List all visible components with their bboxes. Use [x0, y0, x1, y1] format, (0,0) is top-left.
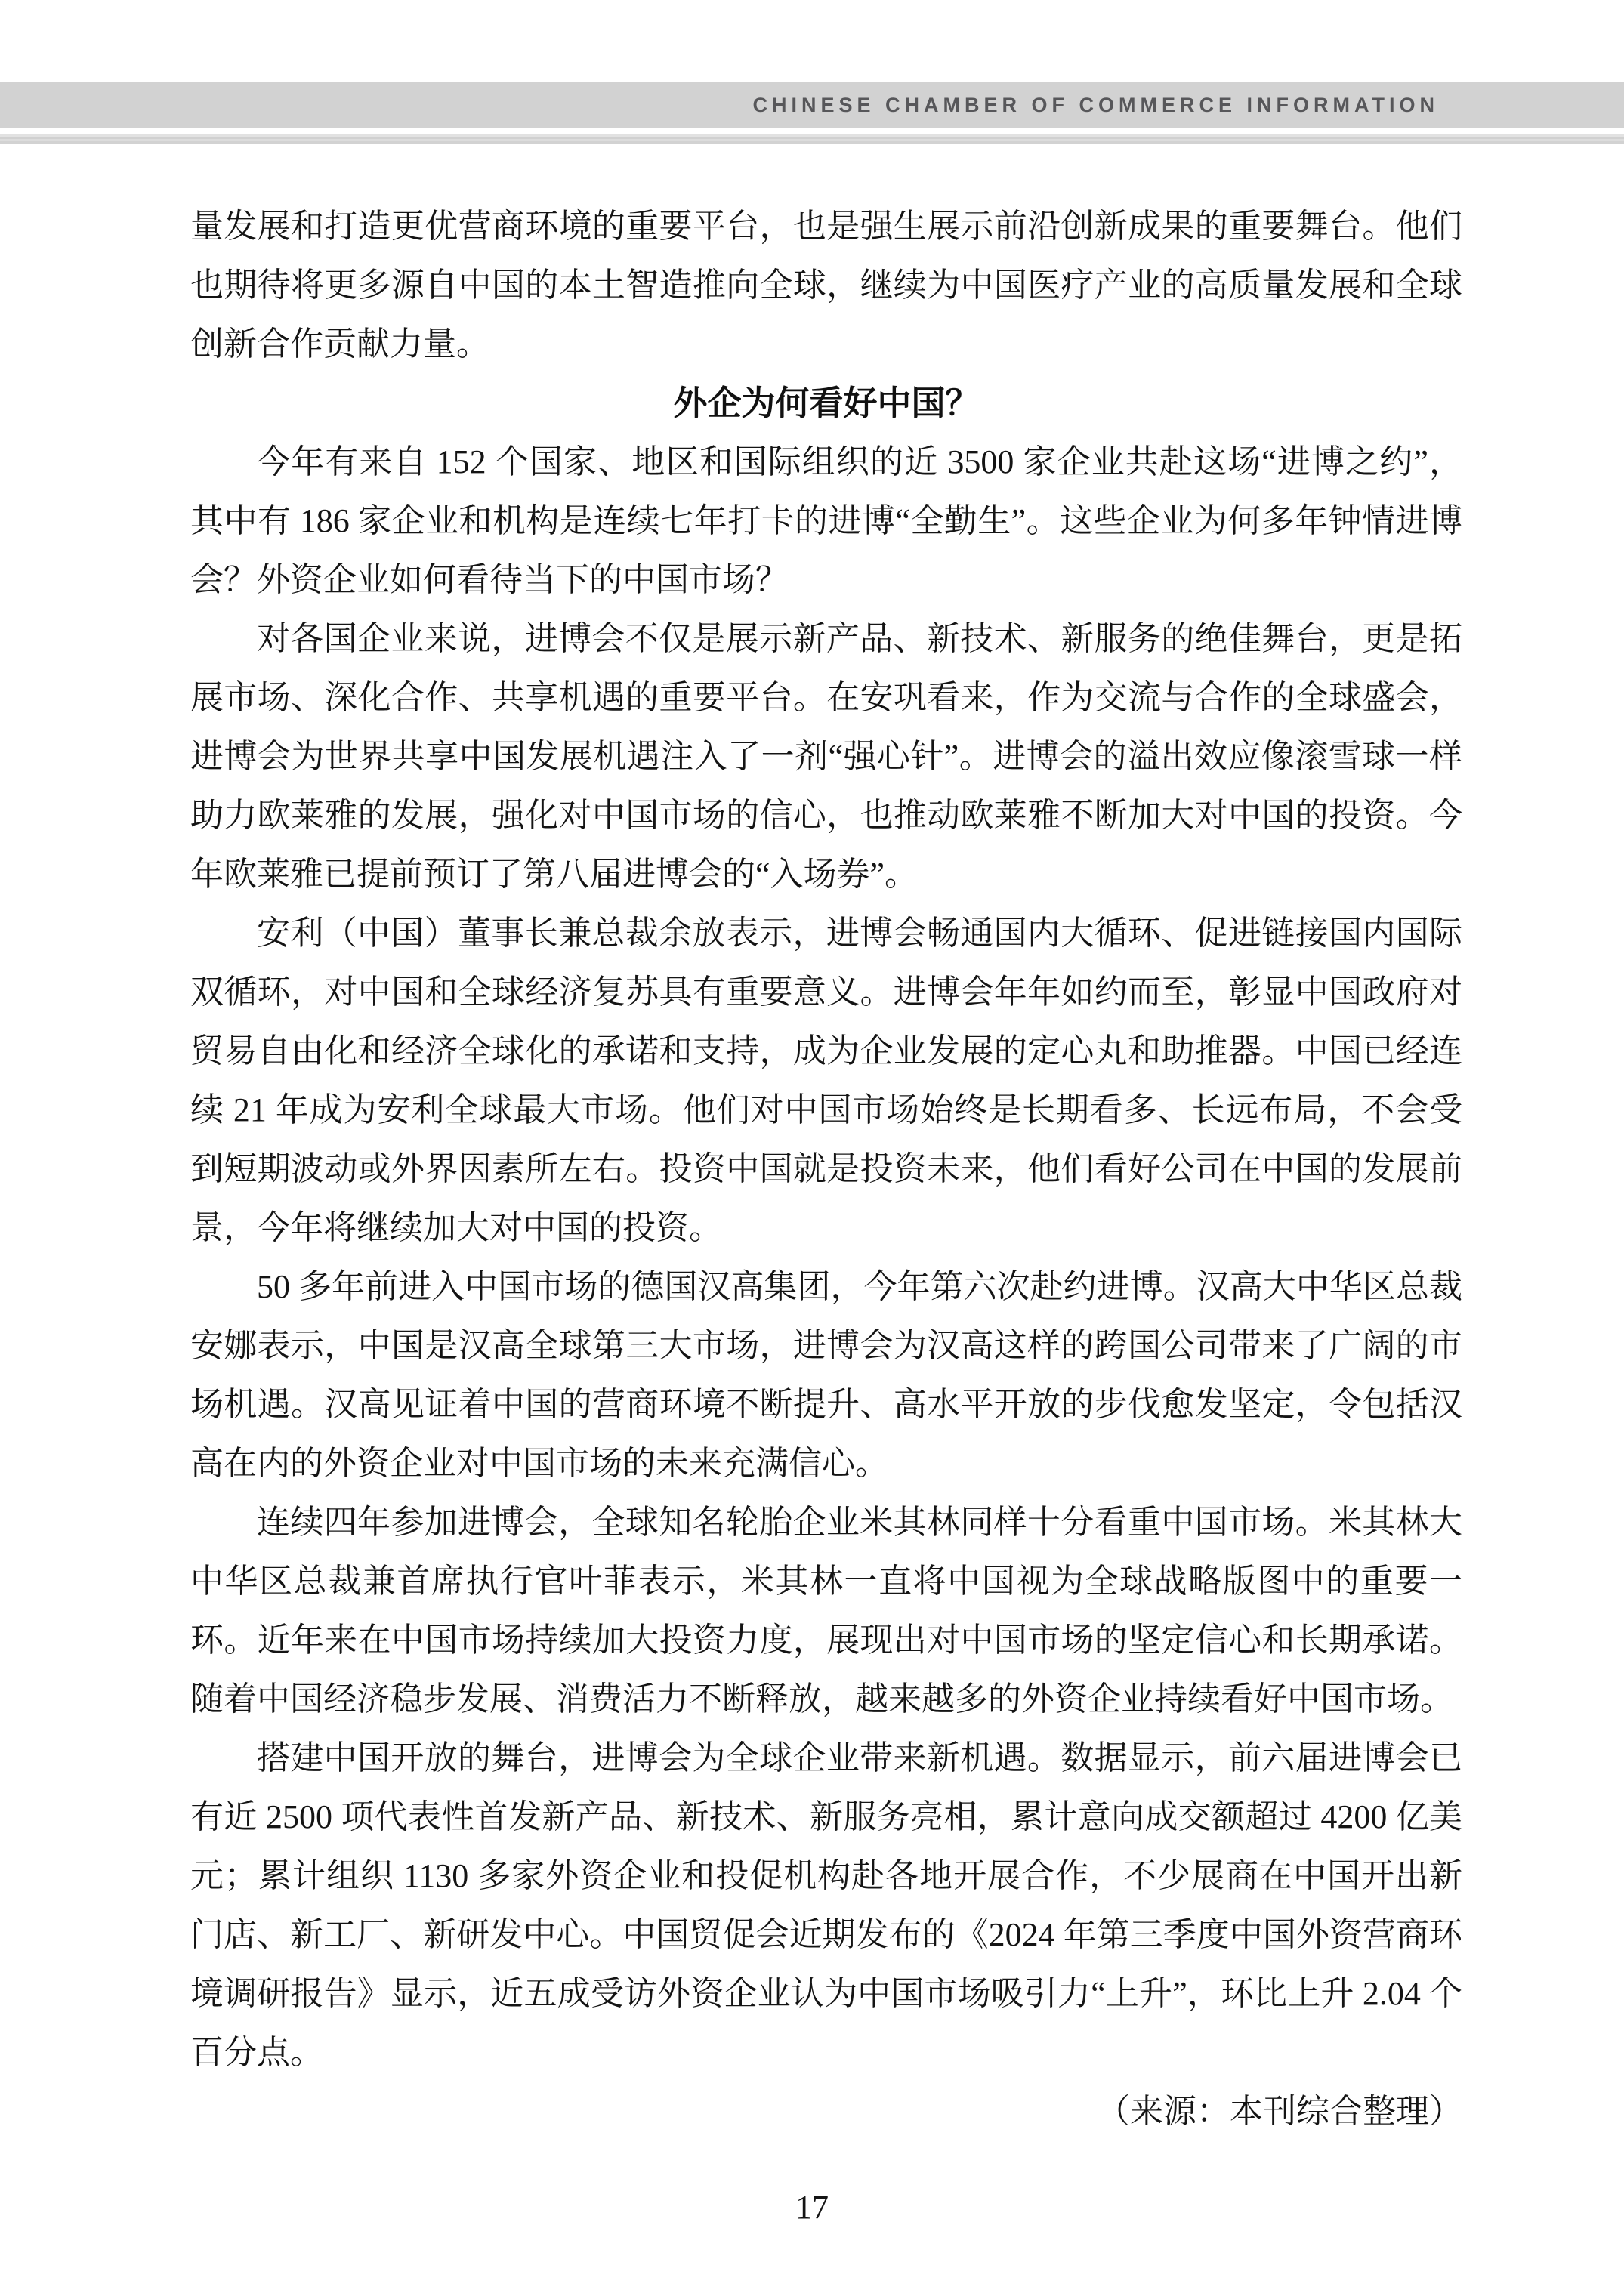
header-divider-rule: [0, 134, 1624, 144]
paragraph: 安利（中国）董事长兼总裁余放表示，进博会畅通国内大循环、促进链接国内国际双循环，…: [190, 904, 1462, 1258]
page-number: 17: [0, 2189, 1624, 2227]
article-body: 量发展和打造更优营商环境的重要平台，也是强生展示前沿创新成果的重要舞台。他们也期…: [190, 197, 1462, 2141]
paragraph: 今年有来自 152 个国家、地区和国际组织的近 3500 家企业共赴这场“进博之…: [190, 433, 1462, 610]
paragraph: 50 多年前进入中国市场的德国汉高集团，今年第六次赴约进博。汉高大中华区总裁安娜…: [190, 1258, 1462, 1493]
paragraph: 对各国企业来说，进博会不仅是展示新产品、新技术、新服务的绝佳舞台，更是拓展市场、…: [190, 610, 1462, 904]
source-attribution: （来源：本刊综合整理）: [190, 2082, 1462, 2141]
section-heading: 外企为何看好中国？: [190, 374, 1462, 433]
paragraph: 连续四年参加进博会，全球知名轮胎企业米其林同样十分看重中国市场。米其林大中华区总…: [190, 1493, 1462, 1729]
paragraph-lead: 量发展和打造更优营商环境的重要平台，也是强生展示前沿创新成果的重要舞台。他们也期…: [190, 197, 1462, 374]
header-banner-text: CHINESE CHAMBER OF COMMERCE INFORMATION: [0, 82, 1624, 128]
paragraph: 搭建中国开放的舞台，进博会为全球企业带来新机遇。数据显示，前六届进博会已有近 2…: [190, 1729, 1462, 2082]
header-banner: CHINESE CHAMBER OF COMMERCE INFORMATION: [0, 82, 1624, 128]
document-page: CHINESE CHAMBER OF COMMERCE INFORMATION …: [0, 0, 1624, 2293]
